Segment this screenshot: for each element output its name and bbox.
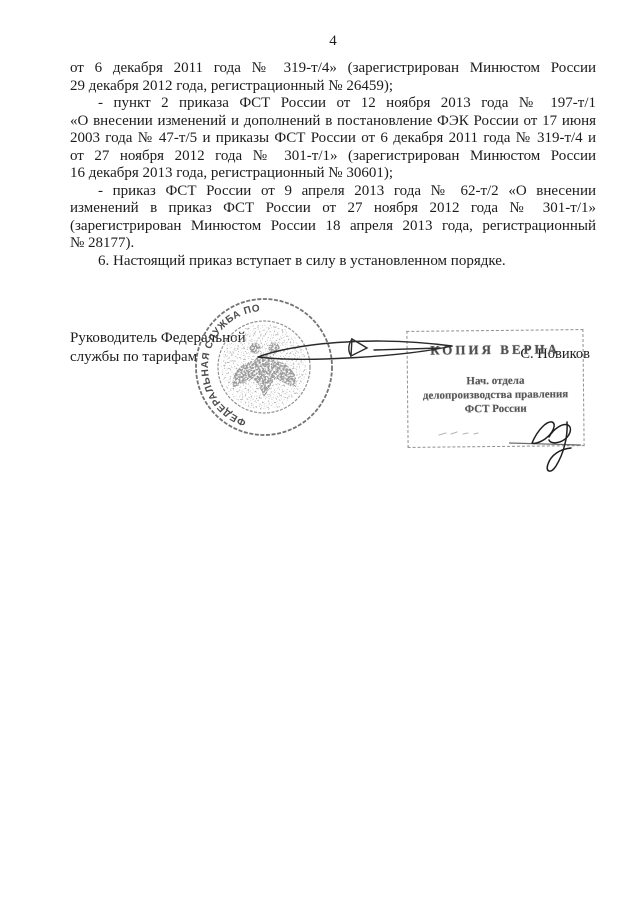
body-line: - приказ ФСТ России от 9 апреля 2013 год… [70,183,596,201]
body-line: от 27 ноября 2012 года № 301-т/1» (зарег… [70,148,596,166]
body-line: - пункт 2 приказа ФСТ России от 12 ноябр… [70,95,596,113]
stamp-department-line: ФСТ России [408,401,583,417]
document-page: 4 от 6 декабря 2011 года № 319-т/4» (зар… [0,0,640,905]
body-line: (зарегистрирован Минюстом России 18 апре… [70,218,596,236]
body-line: № 28177). [70,235,596,253]
body-line: «О внесении изменений и дополнений в пос… [70,113,596,131]
body-line: 16 декабря 2013 года, регистрационный № … [70,165,596,183]
body-text: от 6 декабря 2011 года № 319-т/4» (зарег… [70,60,596,270]
body-line: изменений в приказ ФСТ России от 27 нояб… [70,200,596,218]
stamp-title: КОПИЯ ВЕРНА [408,341,583,359]
stamp-department: Нач. отдела делопроизводства правления Ф… [408,373,583,417]
page-number: 4 [70,33,596,50]
body-line: 29 декабря 2012 года, регистрационный № … [70,78,596,96]
body-line: 2003 года № 47-т/5 и приказы ФСТ России … [70,130,596,148]
body-line: 6. Настоящий приказ вступает в силу в ус… [70,253,596,271]
body-line: от 6 декабря 2011 года № 319-т/4» (зарег… [70,60,596,78]
stamp-department-line: делопроизводства правления [408,387,583,403]
copy-certification-stamp: КОПИЯ ВЕРНА Нач. отдела делопроизводства… [406,329,584,448]
round-seal-icon: ФЕДЕРАЛЬНАЯ СЛУЖБА ПО ТАРИФАМ • ОГРН 104… [190,293,338,441]
